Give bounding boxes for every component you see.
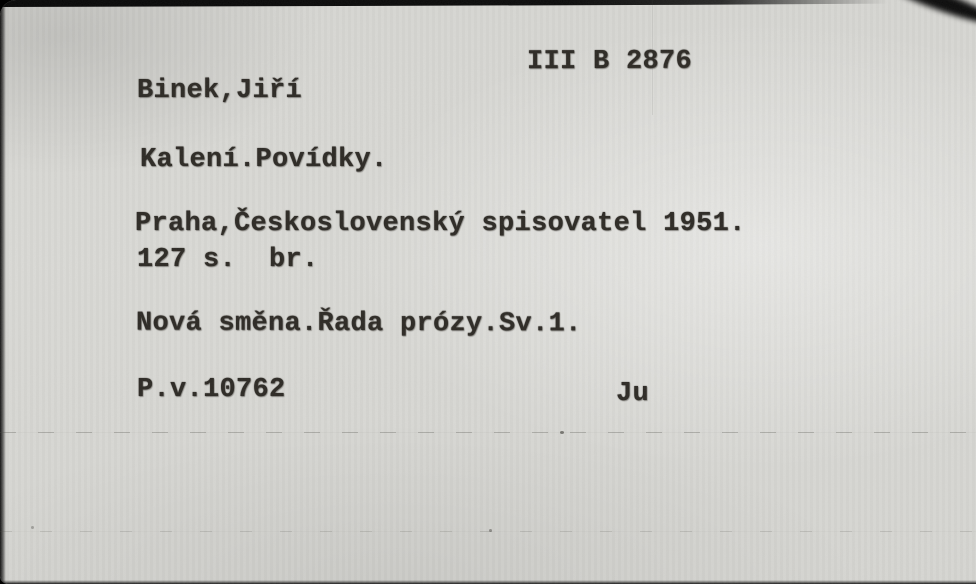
ruled-line-upper [0, 432, 976, 433]
ink-speck [560, 431, 564, 434]
ink-speck [489, 529, 492, 532]
series-line: Nová směna.Řada prózy.Sv.1. [136, 311, 582, 339]
title-line: Kalení.Povídky. [140, 147, 388, 174]
catalog-card-scan: III B 2876 Binek,Jiří Kalení.Povídky. Pr… [0, 0, 976, 584]
author-line: Binek,Jiří [137, 78, 302, 105]
scan-edge-top [0, 0, 976, 7]
call-number: III B 2876 [527, 49, 692, 76]
scan-edge-left [0, 0, 6, 584]
accession-number: P.v.10762 [137, 377, 286, 404]
collation-line: 127 s. br. [137, 247, 319, 274]
cataloger-initials: Ju [616, 381, 649, 408]
imprint-line: Praha,Československý spisovatel 1951. [135, 211, 746, 238]
ink-speck [31, 526, 34, 529]
scan-corner-shadow [873, 0, 976, 31]
ruled-line-lower [0, 531, 976, 532]
scan-edge-bottom [0, 580, 976, 584]
